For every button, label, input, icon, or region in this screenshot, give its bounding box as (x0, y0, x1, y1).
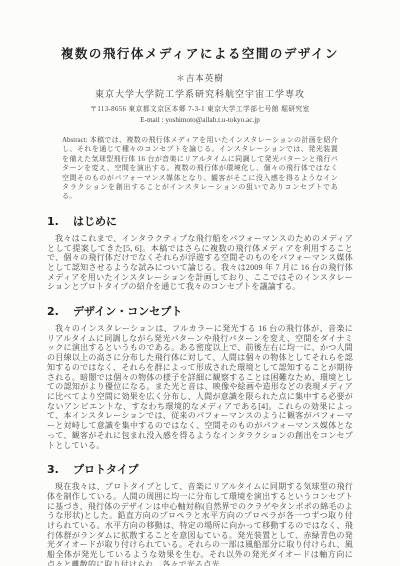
abstract-text: 本稿では、複数の飛行体メディアを用いたインスタレーションの計画を紹介し、それを通… (62, 136, 338, 200)
section-3-number: 3. (47, 463, 73, 476)
section-2-body: 我々のインスタレーションは、フルカラーに発光する 16 台の飛行体が、音楽にリア… (47, 324, 353, 450)
section-2-heading: 2.デザイン・コンセプト (47, 303, 353, 319)
section-3-body: 現在我々は、プロトタイプとして、音楽にリアルタイムに同期する気球型の飛行体を制作… (47, 482, 353, 566)
paper-title: 複数の飛行体メディアによる空間のデザイン (47, 44, 353, 62)
abstract-paragraph: Abstract: 本稿では、複数の飛行体メディアを用いたインスタレーションの計… (62, 136, 338, 202)
section-2-number: 2. (47, 305, 73, 318)
author-address: 〒113-8656 東京都文京区本郷 7-3-1 東京大学工学部七号館 堀研究室 (47, 103, 353, 113)
section-1-heading: 1.はじめに (47, 213, 353, 229)
section-3-heading: 3.プロトタイプ (47, 461, 353, 477)
page-number: 62 (0, 534, 400, 540)
section-1-number: 1. (47, 215, 73, 228)
section-2-title: デザイン・コンセプト (73, 305, 182, 318)
abstract-label: Abstract: (62, 136, 88, 144)
section-1-body: 我々はこれまで、インタラクティブな飛行船をパフォーマンスのためのメディアとして提… (47, 234, 353, 292)
author-name: ＊吉本英樹 (47, 72, 353, 84)
section-3-title: プロトタイプ (73, 463, 138, 476)
author-affiliation: 東京大学大学院工学系研究科航空宇宙工学専攻 (47, 87, 353, 100)
paper-page: 複数の飛行体メディアによる空間のデザイン ＊吉本英樹 東京大学大学院工学系研究科… (0, 0, 400, 566)
section-1-title: はじめに (73, 215, 117, 228)
author-email: E-mail : yoshimoto@ailab.t.u-tokyo.ac.jp (47, 116, 353, 124)
